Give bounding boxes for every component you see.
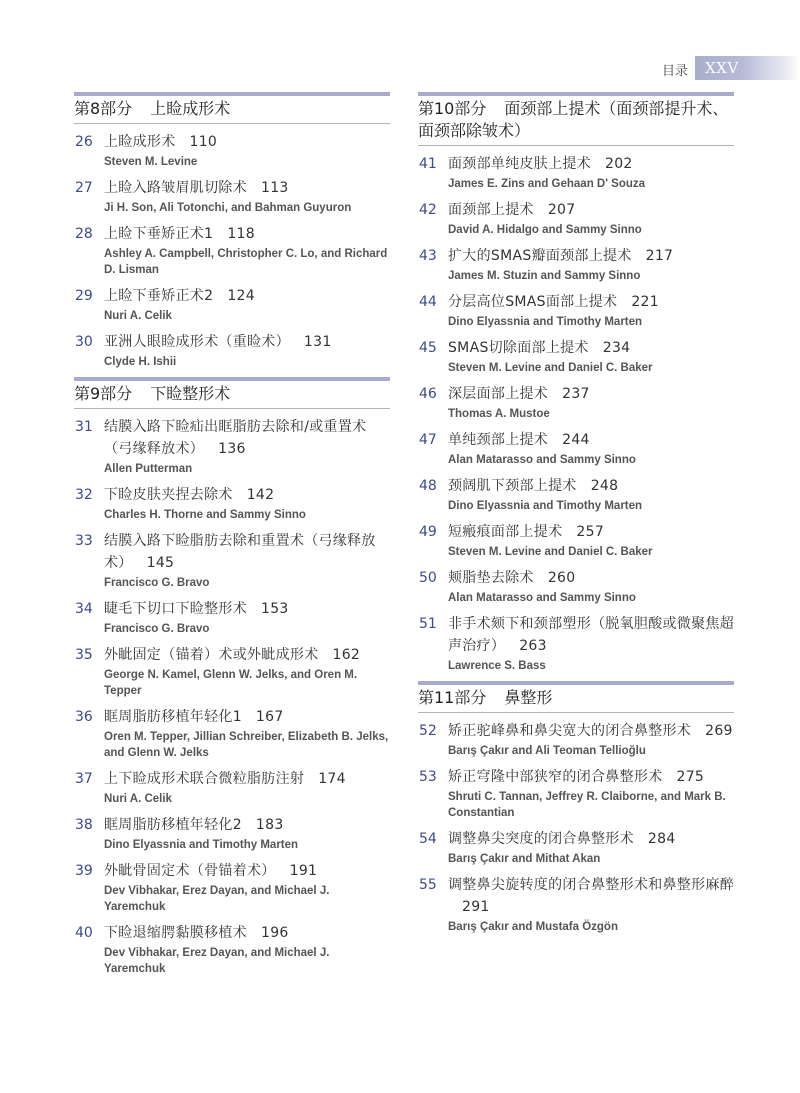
chapter-authors: Dev Vibhakar, Erez Dayan, and Michael J.… xyxy=(104,945,390,977)
toc-entry[interactable]: 46深层面部上提术237Thomas A. Mustoe xyxy=(418,383,734,422)
chapter-authors: Francisco G. Bravo xyxy=(104,621,390,637)
chapter-authors: James E. Zins and Gehaan D' Souza xyxy=(448,176,734,192)
part-name: 下睑整形术 xyxy=(150,384,230,403)
chapter-number: 46 xyxy=(419,383,437,405)
chapter-page[interactable]: 244 xyxy=(562,432,590,448)
chapter-number: 41 xyxy=(419,153,437,175)
chapter-title-line: 非手术颏下和颈部塑形（脱氧胆酸或微聚焦超声治疗）263 xyxy=(448,613,734,657)
toc-entry[interactable]: 31结膜入路下睑疝出眶脂肪去除和/或重置术（弓缘释放术）136Allen Put… xyxy=(74,416,390,477)
part-heading: 第10部分面颈部上提术（面颈部提升术、面颈部除皱术） xyxy=(418,92,734,146)
chapter-title-line: 矫正驼峰鼻和鼻尖宽大的闭合鼻整形术269 xyxy=(448,720,734,742)
chapter-authors: Ashley A. Campbell, Christopher C. Lo, a… xyxy=(104,246,390,278)
part-heading: 第9部分下睑整形术 xyxy=(74,377,390,409)
chapter-authors: Steven M. Levine and Daniel C. Baker xyxy=(448,360,734,376)
part-number: 第9部分 xyxy=(74,384,132,403)
toc-entry[interactable]: 42面颈部上提术207David A. Hidalgo and Sammy Si… xyxy=(418,199,734,238)
chapter-number: 36 xyxy=(75,706,93,728)
chapter-page[interactable]: 248 xyxy=(591,478,619,494)
chapter-title[interactable]: 外眦固定（锚着）术或外眦成形术 xyxy=(104,647,319,663)
chapter-authors: George N. Kamel, Glenn W. Jelks, and Ore… xyxy=(104,667,390,699)
chapter-title-line: 矫正穹隆中部狭窄的闭合鼻整形术275 xyxy=(448,766,734,788)
chapter-title[interactable]: 上睑下垂矫正术2 xyxy=(104,288,213,304)
chapter-page[interactable]: 118 xyxy=(227,226,255,242)
toc-entry[interactable]: 33结膜入路下睑脂肪去除和重置术（弓缘释放术）145Francisco G. B… xyxy=(74,530,390,591)
toc-entry[interactable]: 38眶周脂肪移植年轻化2183Dino Elyassnia and Timoth… xyxy=(74,814,390,853)
chapter-page[interactable]: 260 xyxy=(548,570,576,586)
chapter-number: 42 xyxy=(419,199,437,221)
chapter-title-line: 颊脂垫去除术260 xyxy=(448,567,734,589)
chapter-number: 50 xyxy=(419,567,437,589)
chapter-page[interactable]: 153 xyxy=(261,601,289,617)
chapter-title-line: 上睑入路皱眉肌切除术113 xyxy=(104,177,390,199)
chapter-authors: Francisco G. Bravo xyxy=(104,575,390,591)
part-name: 鼻整形 xyxy=(504,688,552,707)
chapter-number: 33 xyxy=(75,530,93,552)
chapter-title-line: 分层高位SMAS面部上提术221 xyxy=(448,291,734,313)
chapter-title-line: 面颈部单纯皮肤上提术202 xyxy=(448,153,734,175)
part-title: 第11部分鼻整形 xyxy=(418,687,734,709)
chapter-page[interactable]: 269 xyxy=(705,723,733,739)
chapter-title-line: 眶周脂肪移植年轻化2183 xyxy=(104,814,390,836)
chapter-number: 54 xyxy=(419,828,437,850)
toc-entry[interactable]: 52矫正驼峰鼻和鼻尖宽大的闭合鼻整形术269Barış Çakır and Al… xyxy=(418,720,734,759)
chapter-title[interactable]: 面颈部单纯皮肤上提术 xyxy=(448,156,591,172)
chapter-title-line: 上下睑成形术联合微粒脂肪注射174 xyxy=(104,768,390,790)
part-number: 第11部分 xyxy=(418,688,486,707)
chapter-authors: Dino Elyassnia and Timothy Marten xyxy=(104,837,390,853)
chapter-title-line: 亚洲人眼睑成形术（重睑术）131 xyxy=(104,331,390,353)
toc-entry[interactable]: 43扩大的SMAS瓣面颈部上提术217James M. Stuzin and S… xyxy=(418,245,734,284)
toc-entry[interactable]: 36眶周脂肪移植年轻化1167Oren M. Tepper, Jillian S… xyxy=(74,706,390,761)
part-name: 上睑成形术 xyxy=(150,99,230,118)
chapter-authors: Barış Çakır and Ali Teoman Tellioğlu xyxy=(448,743,734,759)
toc-entry[interactable]: 39外眦骨固定术（骨锚着术）191Dev Vibhakar, Erez Daya… xyxy=(74,860,390,915)
chapter-authors: Dino Elyassnia and Timothy Marten xyxy=(448,498,734,514)
chapter-page[interactable]: 196 xyxy=(261,925,289,941)
chapter-title[interactable]: 深层面部上提术 xyxy=(448,386,548,402)
toc-entry[interactable]: 28上睑下垂矫正术1118Ashley A. Campbell, Christo… xyxy=(74,223,390,278)
chapter-title-line: 外眦固定（锚着）术或外眦成形术162 xyxy=(104,644,390,666)
chapter-number: 27 xyxy=(75,177,93,199)
part-title: 第9部分下睑整形术 xyxy=(74,383,390,405)
chapter-number: 44 xyxy=(419,291,437,313)
chapter-page[interactable]: 110 xyxy=(190,134,218,150)
chapter-title[interactable]: 结膜入路下睑脂肪去除和重置术（弓缘释放术） xyxy=(104,533,376,571)
chapter-authors: Dev Vibhakar, Erez Dayan, and Michael J.… xyxy=(104,883,390,915)
toc-entry[interactable]: 50颊脂垫去除术260Alan Matarasso and Sammy Sinn… xyxy=(418,567,734,606)
chapter-page[interactable]: 263 xyxy=(519,638,547,654)
chapter-page[interactable]: 291 xyxy=(462,899,490,915)
chapter-title[interactable]: 外眦骨固定术（骨锚着术） xyxy=(104,863,276,879)
chapter-number: 47 xyxy=(419,429,437,451)
toc-entry[interactable]: 47单纯颈部上提术244Alan Matarasso and Sammy Sin… xyxy=(418,429,734,468)
chapter-authors: Nuri A. Celik xyxy=(104,791,390,807)
chapter-authors: Lawrence S. Bass xyxy=(448,658,734,674)
chapter-title[interactable]: 调整鼻尖突度的闭合鼻整形术 xyxy=(448,831,634,847)
toc-entry[interactable]: 44分层高位SMAS面部上提术221Dino Elyassnia and Tim… xyxy=(418,291,734,330)
toc-entry[interactable]: 45SMAS切除面部上提术234Steven M. Levine and Dan… xyxy=(418,337,734,376)
toc-entry[interactable]: 32下睑皮肤夹捏去除术142Charles H. Thorne and Samm… xyxy=(74,484,390,523)
chapter-page[interactable]: 257 xyxy=(576,524,604,540)
chapter-page[interactable]: 145 xyxy=(147,555,175,571)
chapter-title[interactable]: 矫正驼峰鼻和鼻尖宽大的闭合鼻整形术 xyxy=(448,723,691,739)
chapter-title-line: 单纯颈部上提术244 xyxy=(448,429,734,451)
chapter-title[interactable]: 眶周脂肪移植年轻化1 xyxy=(104,709,242,725)
chapter-title-line: 调整鼻尖旋转度的闭合鼻整形术和鼻整形麻醉291 xyxy=(448,874,734,918)
chapter-title[interactable]: 上睑入路皱眉肌切除术 xyxy=(104,180,247,196)
toc-entry[interactable]: 41面颈部单纯皮肤上提术202James E. Zins and Gehaan … xyxy=(418,153,734,192)
chapter-number: 39 xyxy=(75,860,93,882)
chapter-authors: Charles H. Thorne and Sammy Sinno xyxy=(104,507,390,523)
chapter-authors: David A. Hidalgo and Sammy Sinno xyxy=(448,222,734,238)
chapter-authors: Oren M. Tepper, Jillian Schreiber, Eliza… xyxy=(104,729,390,761)
running-head: 目录 XXV xyxy=(0,56,800,82)
chapter-number: 40 xyxy=(75,922,93,944)
chapter-page[interactable]: 142 xyxy=(247,487,275,503)
chapter-title[interactable]: 短瘢痕面部上提术 xyxy=(448,524,562,540)
chapter-page[interactable]: 217 xyxy=(646,248,674,264)
chapter-authors: Ji H. Son, Ali Totonchi, and Bahman Guyu… xyxy=(104,200,390,216)
chapter-title-line: 睫毛下切口下睑整形术153 xyxy=(104,598,390,620)
chapter-authors: Shruti C. Tannan, Jeffrey R. Claiborne, … xyxy=(448,789,734,821)
chapter-title-line: 结膜入路下睑疝出眶脂肪去除和/或重置术（弓缘释放术）136 xyxy=(104,416,390,460)
toc-entry[interactable]: 35外眦固定（锚着）术或外眦成形术162George N. Kamel, Gle… xyxy=(74,644,390,699)
chapter-page[interactable]: 124 xyxy=(227,288,255,304)
chapter-number: 53 xyxy=(419,766,437,788)
chapter-title-line: 面颈部上提术207 xyxy=(448,199,734,221)
chapter-page[interactable]: 162 xyxy=(333,647,361,663)
chapter-page[interactable]: 167 xyxy=(256,709,284,725)
chapter-title[interactable]: 下睑皮肤夹捏去除术 xyxy=(104,487,233,503)
toc-entry[interactable]: 30亚洲人眼睑成形术（重睑术）131Clyde H. Ishii xyxy=(74,331,390,370)
part-heading: 第8部分上睑成形术 xyxy=(74,92,390,124)
chapter-title-line: 上睑成形术110 xyxy=(104,131,390,153)
chapter-title[interactable]: 睫毛下切口下睑整形术 xyxy=(104,601,247,617)
chapter-number: 35 xyxy=(75,644,93,666)
toc-entry[interactable]: 27上睑入路皱眉肌切除术113Ji H. Son, Ali Totonchi, … xyxy=(74,177,390,216)
chapter-number: 45 xyxy=(419,337,437,359)
chapter-title-line: 外眦骨固定术（骨锚着术）191 xyxy=(104,860,390,882)
chapter-title[interactable]: 单纯颈部上提术 xyxy=(448,432,548,448)
chapter-authors: Alan Matarasso and Sammy Sinno xyxy=(448,590,734,606)
chapter-number: 48 xyxy=(419,475,437,497)
chapter-number: 43 xyxy=(419,245,437,267)
chapter-page[interactable]: 174 xyxy=(318,771,346,787)
chapter-page[interactable]: 202 xyxy=(605,156,633,172)
chapter-title-line: 下睑退缩腭黏膜移植术196 xyxy=(104,922,390,944)
chapter-title-line: 上睑下垂矫正术1118 xyxy=(104,223,390,245)
chapter-title[interactable]: 上下睑成形术联合微粒脂肪注射 xyxy=(104,771,304,787)
chapter-page[interactable]: 237 xyxy=(562,386,590,402)
chapter-title-line: 下睑皮肤夹捏去除术142 xyxy=(104,484,390,506)
chapter-title-line: SMAS切除面部上提术234 xyxy=(448,337,734,359)
chapter-page[interactable]: 191 xyxy=(290,863,318,879)
chapter-title[interactable]: 颈阔肌下颈部上提术 xyxy=(448,478,577,494)
part-title: 第8部分上睑成形术 xyxy=(74,98,390,120)
toc-part-section: 第9部分下睑整形术31结膜入路下睑疝出眶脂肪去除和/或重置术（弓缘释放术）136… xyxy=(74,377,390,977)
chapter-number: 29 xyxy=(75,285,93,307)
part-number: 第10部分 xyxy=(418,99,486,118)
toc-entry[interactable]: 34睫毛下切口下睑整形术153Francisco G. Bravo xyxy=(74,598,390,637)
chapter-title[interactable]: 矫正穹隆中部狭窄的闭合鼻整形术 xyxy=(448,769,663,785)
chapter-authors: Allen Putterman xyxy=(104,461,390,477)
chapter-title[interactable]: 调整鼻尖旋转度的闭合鼻整形术和鼻整形麻醉 xyxy=(448,877,734,893)
chapter-number: 32 xyxy=(75,484,93,506)
page-number-band: XXV xyxy=(695,56,800,80)
toc-entry[interactable]: 37上下睑成形术联合微粒脂肪注射174Nuri A. Celik xyxy=(74,768,390,807)
chapter-title[interactable]: 非手术颏下和颈部塑形（脱氧胆酸或微聚焦超声治疗） xyxy=(448,616,734,654)
chapter-title[interactable]: 上睑下垂矫正术1 xyxy=(104,226,213,242)
chapter-title-line: 调整鼻尖突度的闭合鼻整形术284 xyxy=(448,828,734,850)
toc-entry[interactable]: 40下睑退缩腭黏膜移植术196Dev Vibhakar, Erez Dayan,… xyxy=(74,922,390,977)
chapter-title[interactable]: 眶周脂肪移植年轻化2 xyxy=(104,817,242,833)
chapter-authors: James M. Stuzin and Sammy Sinno xyxy=(448,268,734,284)
chapter-page[interactable]: 113 xyxy=(261,180,289,196)
page-number: XXV xyxy=(705,59,739,77)
chapter-title[interactable]: 亚洲人眼睑成形术（重睑术） xyxy=(104,334,290,350)
chapter-number: 37 xyxy=(75,768,93,790)
toc-right-column: 第10部分面颈部上提术（面颈部提升术、面颈部除皱术）41面颈部单纯皮肤上提术20… xyxy=(418,92,734,942)
chapter-number: 51 xyxy=(419,613,437,635)
toc-part-section: 第10部分面颈部上提术（面颈部提升术、面颈部除皱术）41面颈部单纯皮肤上提术20… xyxy=(418,92,734,674)
chapter-authors: Barış Çakır and Mustafa Özgön xyxy=(448,919,734,935)
toc-entry[interactable]: 53矫正穹隆中部狭窄的闭合鼻整形术275Shruti C. Tannan, Je… xyxy=(418,766,734,821)
chapter-title[interactable]: 面颈部上提术 xyxy=(448,202,534,218)
chapter-authors: Steven M. Levine xyxy=(104,154,390,170)
chapter-title[interactable]: SMAS切除面部上提术 xyxy=(448,340,589,356)
toc-entry[interactable]: 55调整鼻尖旋转度的闭合鼻整形术和鼻整形麻醉291Barış Çakır and… xyxy=(418,874,734,935)
chapter-number: 28 xyxy=(75,223,93,245)
chapter-title[interactable]: 分层高位SMAS面部上提术 xyxy=(448,294,617,310)
chapter-title-line: 结膜入路下睑脂肪去除和重置术（弓缘释放术）145 xyxy=(104,530,390,574)
toc-entry[interactable]: 48颈阔肌下颈部上提术248Dino Elyassnia and Timothy… xyxy=(418,475,734,514)
chapter-number: 30 xyxy=(75,331,93,353)
chapter-page[interactable]: 221 xyxy=(631,294,659,310)
part-heading: 第11部分鼻整形 xyxy=(418,681,734,713)
chapter-title-line: 上睑下垂矫正术2124 xyxy=(104,285,390,307)
chapter-authors: Dino Elyassnia and Timothy Marten xyxy=(448,314,734,330)
toc-entry[interactable]: 26上睑成形术110Steven M. Levine xyxy=(74,131,390,170)
chapter-title[interactable]: 上睑成形术 xyxy=(104,134,176,150)
chapter-title-line: 短瘢痕面部上提术257 xyxy=(448,521,734,543)
chapter-number: 52 xyxy=(419,720,437,742)
toc-entry[interactable]: 51非手术颏下和颈部塑形（脱氧胆酸或微聚焦超声治疗）263Lawrence S.… xyxy=(418,613,734,674)
chapter-page[interactable]: 234 xyxy=(603,340,631,356)
chapter-page[interactable]: 284 xyxy=(648,831,676,847)
chapter-page[interactable]: 183 xyxy=(256,817,284,833)
chapter-number: 34 xyxy=(75,598,93,620)
chapter-title-line: 扩大的SMAS瓣面颈部上提术217 xyxy=(448,245,734,267)
chapter-number: 31 xyxy=(75,416,93,438)
part-number: 第8部分 xyxy=(74,99,132,118)
chapter-title[interactable]: 下睑退缩腭黏膜移植术 xyxy=(104,925,247,941)
running-head-label: 目录 xyxy=(662,60,688,79)
chapter-authors: Barış Çakır and Mithat Akan xyxy=(448,851,734,867)
chapter-page[interactable]: 275 xyxy=(677,769,705,785)
chapter-title[interactable]: 颊脂垫去除术 xyxy=(448,570,534,586)
chapter-title[interactable]: 扩大的SMAS瓣面颈部上提术 xyxy=(448,248,632,264)
chapter-number: 55 xyxy=(419,874,437,896)
toc-part-section: 第8部分上睑成形术26上睑成形术110Steven M. Levine27上睑入… xyxy=(74,92,390,370)
chapter-title-line: 颈阔肌下颈部上提术248 xyxy=(448,475,734,497)
chapter-number: 49 xyxy=(419,521,437,543)
toc-entry[interactable]: 29上睑下垂矫正术2124Nuri A. Celik xyxy=(74,285,390,324)
toc-left-column: 第8部分上睑成形术26上睑成形术110Steven M. Levine27上睑入… xyxy=(74,92,390,984)
chapter-authors: Thomas A. Mustoe xyxy=(448,406,734,422)
chapter-number: 38 xyxy=(75,814,93,836)
chapter-authors: Steven M. Levine and Daniel C. Baker xyxy=(448,544,734,560)
chapter-authors: Clyde H. Ishii xyxy=(104,354,390,370)
chapter-authors: Nuri A. Celik xyxy=(104,308,390,324)
chapter-title-line: 眶周脂肪移植年轻化1167 xyxy=(104,706,390,728)
toc-entry[interactable]: 49短瘢痕面部上提术257Steven M. Levine and Daniel… xyxy=(418,521,734,560)
chapter-page[interactable]: 131 xyxy=(304,334,332,350)
toc-entry[interactable]: 54调整鼻尖突度的闭合鼻整形术284Barış Çakır and Mithat… xyxy=(418,828,734,867)
chapter-page[interactable]: 207 xyxy=(548,202,576,218)
chapter-authors: Alan Matarasso and Sammy Sinno xyxy=(448,452,734,468)
chapter-title-line: 深层面部上提术237 xyxy=(448,383,734,405)
part-title: 第10部分面颈部上提术（面颈部提升术、面颈部除皱术） xyxy=(418,98,734,142)
toc-part-section: 第11部分鼻整形52矫正驼峰鼻和鼻尖宽大的闭合鼻整形术269Barış Çakı… xyxy=(418,681,734,935)
chapter-number: 26 xyxy=(75,131,93,153)
chapter-page[interactable]: 136 xyxy=(218,441,246,457)
